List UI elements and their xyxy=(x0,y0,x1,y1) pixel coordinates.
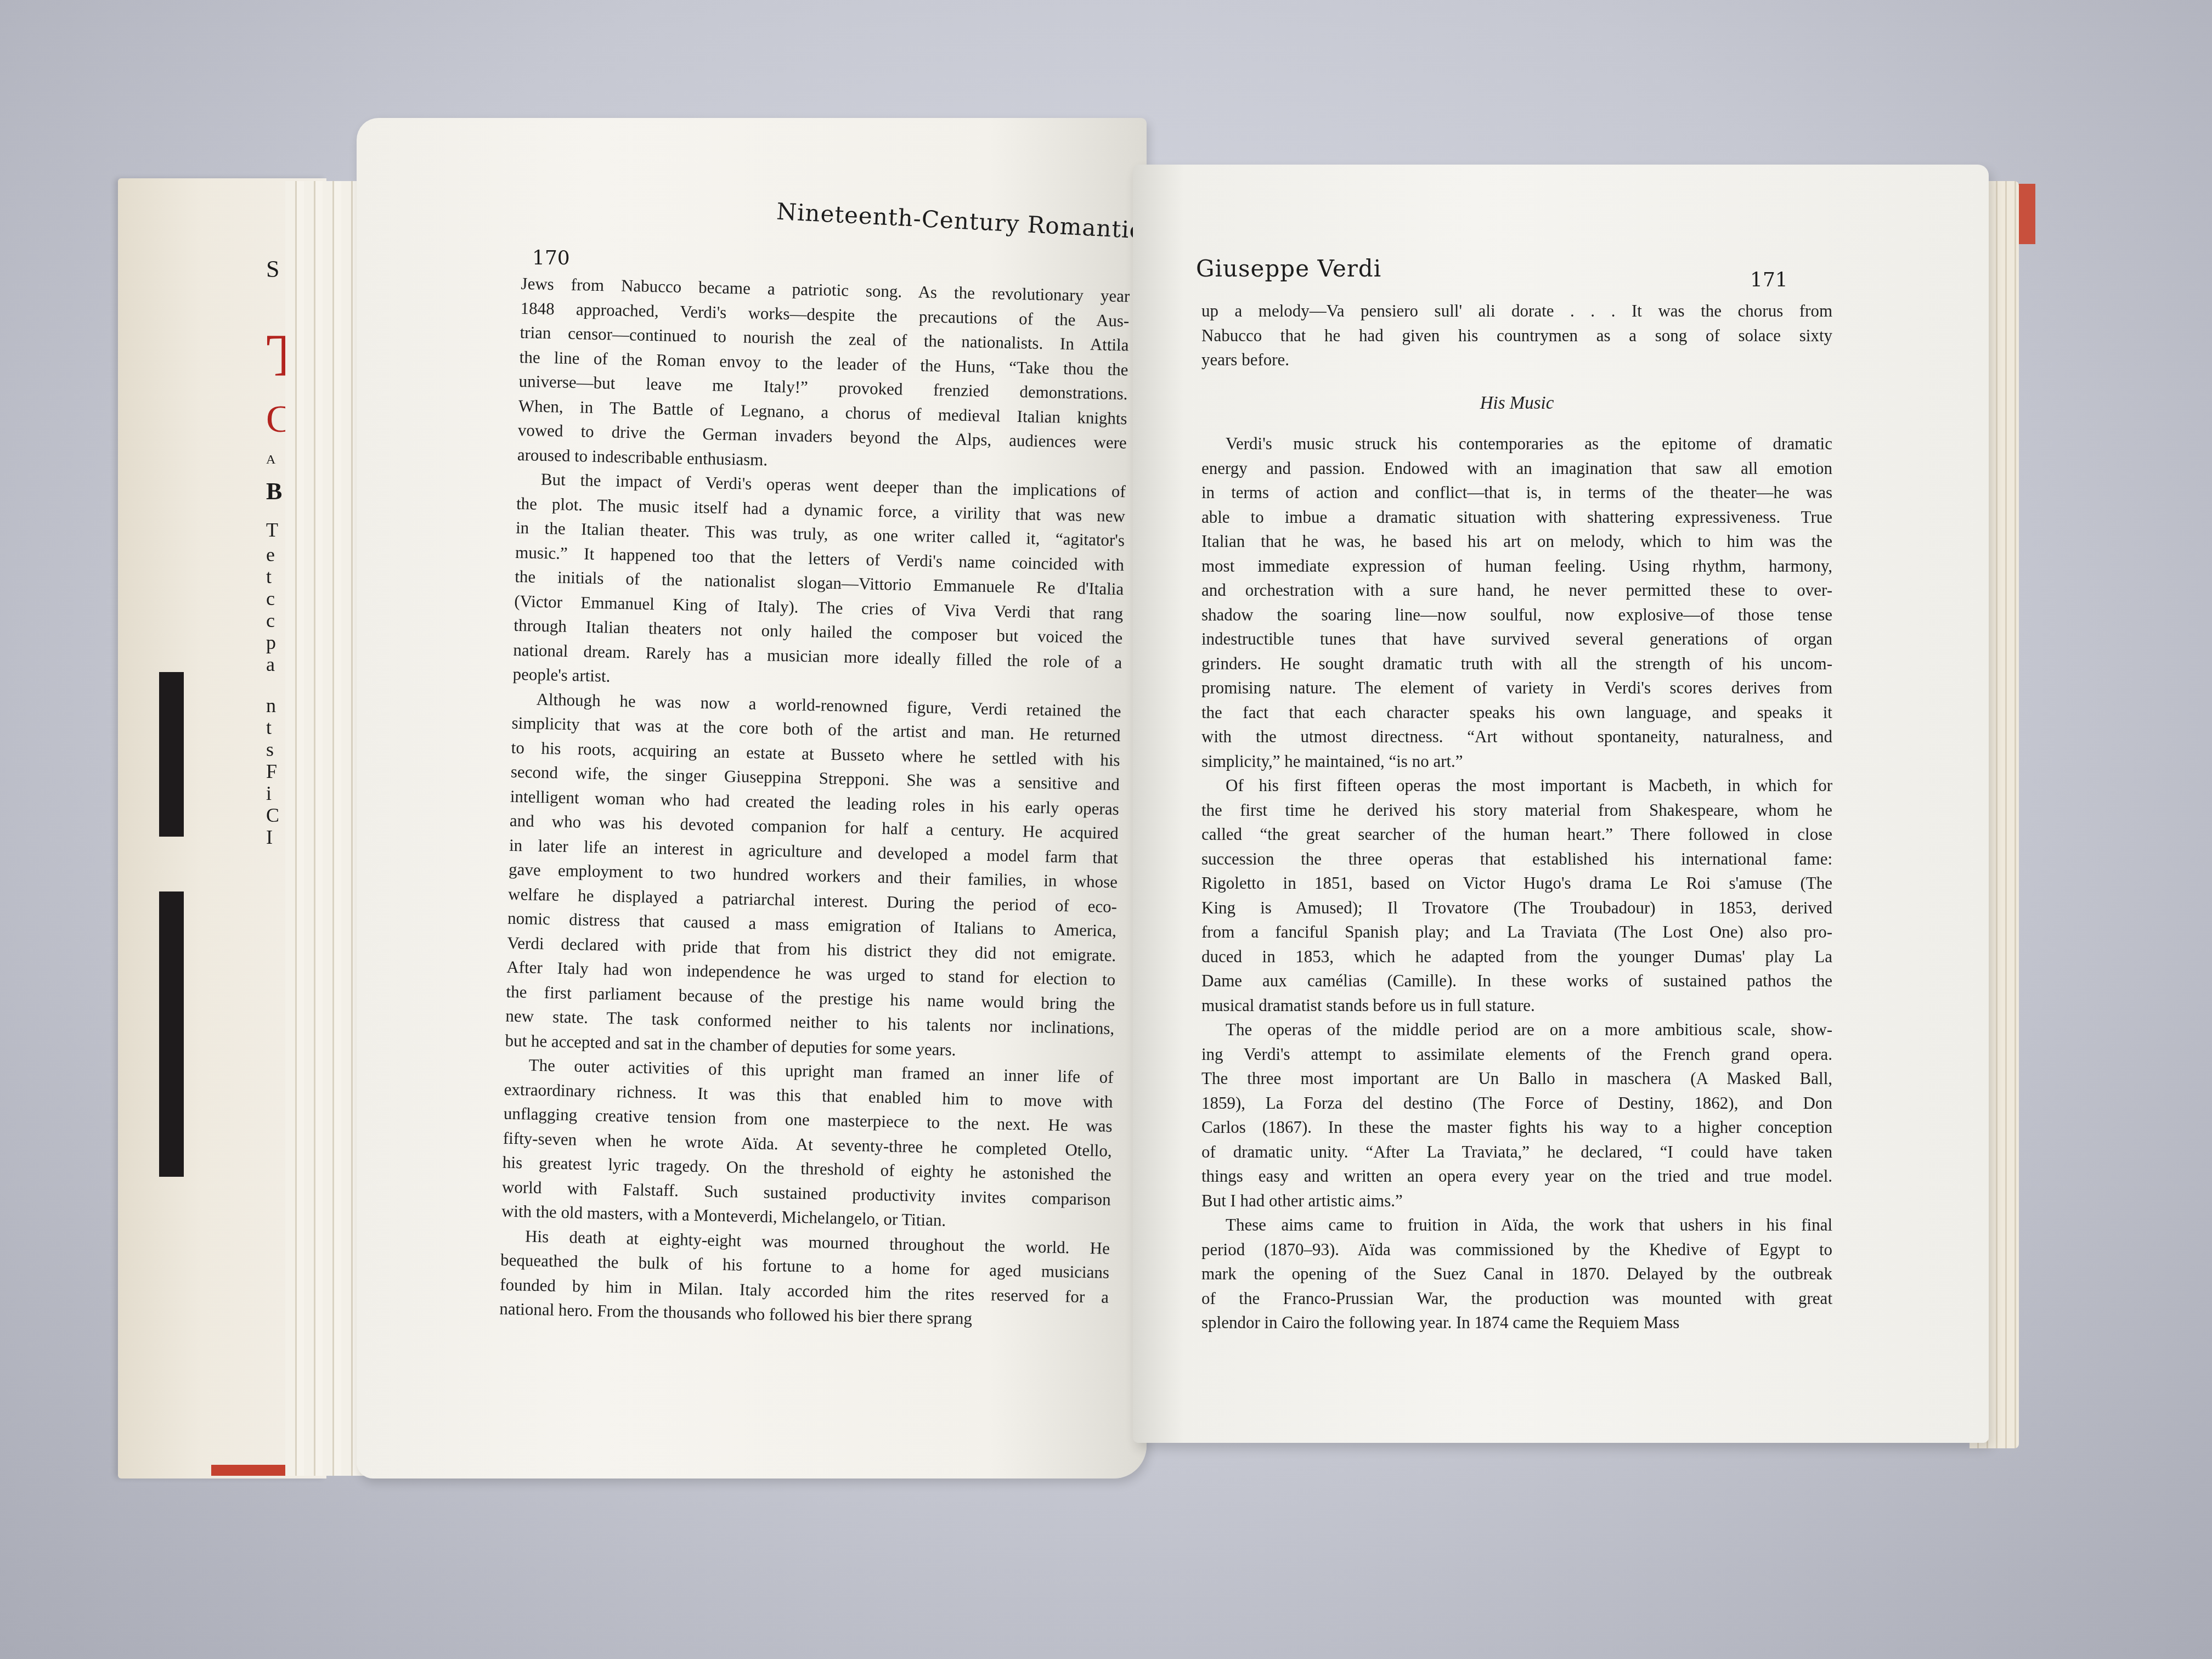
jacket-damage-band xyxy=(159,891,184,1177)
text-line: from a fanciful Spanish play; and La Tra… xyxy=(1201,920,1832,945)
jacket-damage-band xyxy=(159,672,184,837)
running-head: Nineteenth-Century Romanticism xyxy=(776,198,1186,246)
paragraph: The outer activities of this upright man… xyxy=(501,1053,1114,1237)
jacket-letter: n xyxy=(266,694,276,717)
text-line: called “the great searcher of the human … xyxy=(1201,822,1832,847)
page-number: 170 xyxy=(532,247,570,269)
text-line: Nabucco that he had given his countrymen… xyxy=(1201,324,1832,348)
jacket-letter: i xyxy=(266,782,272,805)
text-line: in terms of action and conflict—that is,… xyxy=(1201,481,1832,505)
text-line: 1859), La Forza del destino (The Force o… xyxy=(1201,1091,1832,1116)
text-line: succession the three operas that establi… xyxy=(1201,847,1832,872)
text-line: These aims came to fruition in Aïda, the… xyxy=(1201,1213,1832,1238)
text-line: and orchestration with a sure hand, he n… xyxy=(1201,578,1832,603)
open-book: S T C A B T e t c c p a n t s F i C I Ni… xyxy=(0,0,2212,1659)
running-head: Giuseppe Verdi xyxy=(1196,255,1381,282)
text-line: The operas of the middle period are on a… xyxy=(1201,1018,1832,1042)
text-line: indestructible tunes that have survived … xyxy=(1201,627,1832,652)
paragraph: The operas of the middle period are on a… xyxy=(1201,1018,1832,1213)
jacket-letter: t xyxy=(266,565,272,588)
text-line: But I had other artistic aims.” xyxy=(1201,1189,1832,1214)
text-line: period (1870–93). Aïda was commissioned … xyxy=(1201,1238,1832,1262)
text-line: mark the opening of the Suez Canal in 18… xyxy=(1201,1262,1832,1286)
text-line: musical dramatist stands before us in fu… xyxy=(1201,994,1832,1018)
text-line: grinders. He sought dramatic truth with … xyxy=(1201,652,1832,676)
text-line: Dame aux camélias (Camille). In these wo… xyxy=(1201,969,1832,994)
paragraph: These aims came to fruition in Aïda, the… xyxy=(1201,1213,1832,1335)
paragraph: Jews from Nabucco became a patriotic son… xyxy=(517,272,1130,479)
left-page: Nineteenth-Century Romanticism 170 Jews … xyxy=(357,118,1147,1479)
paragraph: His death at eighty-eight was mourned th… xyxy=(499,1223,1110,1334)
paragraph: Although he was now a world-renowned fig… xyxy=(505,686,1121,1065)
jacket-letter: A xyxy=(266,453,275,467)
jacket-letter: I xyxy=(266,826,273,849)
jacket-letter: s xyxy=(266,738,274,761)
text-line: Of his first fifteen operas the most imp… xyxy=(1201,774,1832,798)
text-line: things easy and written an opera every y… xyxy=(1201,1164,1832,1189)
jacket-letter: F xyxy=(266,760,277,783)
paragraph: up a melody—Va pensiero sull' ali dorate… xyxy=(1201,299,1832,373)
text-line: the fact that each character speaks his … xyxy=(1201,701,1832,725)
jacket-letter: a xyxy=(266,653,275,676)
text-line: years before. xyxy=(1201,348,1832,373)
paragraph: Of his first fifteen operas the most imp… xyxy=(1201,774,1832,1018)
jacket-letter: t xyxy=(266,716,272,739)
text-line: promising nature. The element of variety… xyxy=(1201,676,1832,701)
text-line: of dramatic unity. “After La Traviata,” … xyxy=(1201,1140,1832,1165)
jacket-letter: c xyxy=(266,587,275,610)
body-text: Jews from Nabucco became a patriotic son… xyxy=(499,272,1130,1334)
text-line: simplicity,” he maintained, “is no art.” xyxy=(1201,749,1832,774)
jacket-letter: S xyxy=(266,255,279,283)
paragraph: Verdi's music struck his contemporaries … xyxy=(1201,432,1832,774)
text-line: Verdi's music struck his contemporaries … xyxy=(1201,432,1832,456)
text-line: Carlos (1867). In these the master fight… xyxy=(1201,1115,1832,1140)
jacket-letter: e xyxy=(266,543,275,566)
text-line: energy and passion. Endowed with an imag… xyxy=(1201,456,1832,481)
text-line: of the Franco-Prussian War, the producti… xyxy=(1201,1286,1832,1311)
paragraph: But the impact of Verdi's operas went de… xyxy=(512,467,1126,699)
jacket-letter: C xyxy=(266,804,279,827)
text-line: The three most important are Un Ballo in… xyxy=(1201,1066,1832,1091)
page-number: 171 xyxy=(1750,269,1788,291)
jacket-letter: B xyxy=(266,477,282,505)
body-text: up a melody—Va pensiero sull' ali dorate… xyxy=(1201,299,1832,1335)
text-line: most immediate expression of human feeli… xyxy=(1201,554,1832,579)
section-heading: His Music xyxy=(1201,391,1832,416)
text-line: duced in 1853, which he adapted from the… xyxy=(1201,945,1832,969)
text-line: ing Verdi's attempt to assimilate elemen… xyxy=(1201,1042,1832,1067)
text-line: King is Amused); Il Trovatore (The Troub… xyxy=(1201,896,1832,921)
text-line: up a melody—Va pensiero sull' ali dorate… xyxy=(1201,299,1832,324)
text-line: with the utmost directness. “Art without… xyxy=(1201,725,1832,749)
jacket-letter: c xyxy=(266,609,275,632)
text-line: Rigoletto in 1851, based on Victor Hugo'… xyxy=(1201,871,1832,896)
text-line: splendor in Cairo the following year. In… xyxy=(1201,1311,1832,1335)
text-line: Italian that he was, he based his art on… xyxy=(1201,529,1832,554)
jacket-letter: p xyxy=(266,631,276,654)
text-line: able to imbue a dramatic situation with … xyxy=(1201,505,1832,530)
jacket-letter: T xyxy=(266,518,278,541)
right-page: Giuseppe Verdi 171 up a melody—Va pensie… xyxy=(1133,165,1989,1443)
text-line: the first time he derived his story mate… xyxy=(1201,798,1832,823)
text-line: shadow the soaring line—now soulful, now… xyxy=(1201,603,1832,628)
